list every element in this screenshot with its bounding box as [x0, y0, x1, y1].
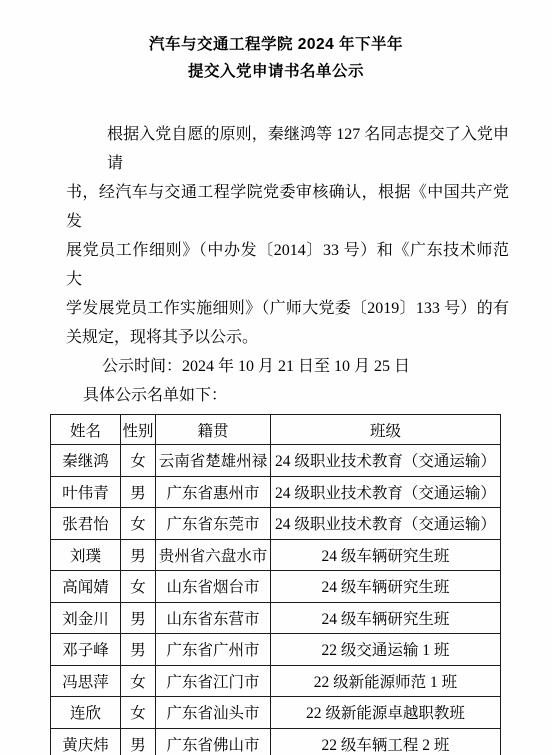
cell-class: 24 级车辆研究生班 [271, 602, 501, 634]
cell-hometown: 广东省广州市 [156, 634, 271, 666]
document-title-line-1: 汽车与交通工程学院 2024 年下半年 [0, 31, 552, 58]
cell-class: 22 级新能源师范 1 班 [271, 665, 501, 697]
cell-gender: 女 [121, 571, 156, 603]
table-row: 刘金川 男 山东省东营市 24 级车辆研究生班 [51, 602, 501, 634]
list-intro-line: 具体公示名单如下： [66, 381, 509, 410]
cell-name: 刘璞 [51, 539, 121, 571]
table-row: 张君怡 女 广东省东莞市 24 级职业技术教育（交通运输） [51, 508, 501, 540]
roster-table: 姓名 性别 籍贯 班级 秦继鸿 女 云南省楚雄州禄 24 级职业技术教育（交通运… [50, 414, 501, 755]
cell-hometown: 广东省东莞市 [156, 508, 271, 540]
cell-gender: 男 [121, 476, 156, 508]
cell-name: 张君怡 [51, 508, 121, 540]
paragraph-line: 书，经汽车与交通工程学院党委审核确认，根据《中国共产党发 [66, 178, 509, 236]
cell-gender: 女 [121, 697, 156, 729]
cell-hometown: 广东省惠州市 [156, 476, 271, 508]
cell-class: 22 级交通运输 1 班 [271, 634, 501, 666]
table-row: 黄庆炜 男 广东省佛山市 22 级车辆工程 2 班 [51, 728, 501, 755]
cell-class: 24 级职业技术教育（交通运输） [271, 445, 501, 477]
cell-class: 24 级车辆研究生班 [271, 539, 501, 571]
document-title: 汽车与交通工程学院 2024 年下半年 提交入党申请书名单公示 [0, 0, 552, 85]
table-row: 连欣 女 广东省汕头市 22 级新能源卓越职教班 [51, 697, 501, 729]
cell-hometown: 山东省东营市 [156, 602, 271, 634]
header-cell-name: 姓名 [51, 415, 121, 445]
notice-document-page: 汽车与交通工程学院 2024 年下半年 提交入党申请书名单公示 根据入党自愿的原… [0, 0, 552, 755]
cell-name: 冯思萍 [51, 665, 121, 697]
document-title-line-2: 提交入党申请书名单公示 [0, 58, 552, 85]
cell-hometown: 广东省汕头市 [156, 697, 271, 729]
paragraph-line: 关规定，现将其予以公示。 [66, 323, 509, 352]
header-cell-hometown: 籍贯 [156, 415, 271, 445]
cell-hometown: 广东省江门市 [156, 665, 271, 697]
paragraph-line: 根据入党自愿的原则，秦继鸿等 127 名同志提交了入党申请 [66, 120, 509, 178]
cell-name: 刘金川 [51, 602, 121, 634]
cell-hometown: 广东省佛山市 [156, 728, 271, 755]
publicity-period-line: 公示时间：2024 年 10 月 21 日至 10 月 25 日 [66, 352, 509, 381]
cell-gender: 女 [121, 508, 156, 540]
paragraph-line: 展党员工作细则》（中办发〔2014〕33 号）和《广东技术师范大 [66, 236, 509, 294]
cell-class: 22 级车辆工程 2 班 [271, 728, 501, 755]
table-row: 冯思萍 女 广东省江门市 22 级新能源师范 1 班 [51, 665, 501, 697]
header-cell-gender: 性别 [121, 415, 156, 445]
cell-gender: 男 [121, 728, 156, 755]
cell-class: 24 级职业技术教育（交通运输） [271, 508, 501, 540]
cell-name: 秦继鸿 [51, 445, 121, 477]
table-row: 邓子峰 男 广东省广州市 22 级交通运输 1 班 [51, 634, 501, 666]
cell-gender: 女 [121, 665, 156, 697]
header-cell-class: 班级 [271, 415, 501, 445]
cell-hometown: 山东省烟台市 [156, 571, 271, 603]
cell-name: 连欣 [51, 697, 121, 729]
cell-name: 叶伟青 [51, 476, 121, 508]
document-body: 根据入党自愿的原则，秦继鸿等 127 名同志提交了入党申请 书，经汽车与交通工程… [66, 120, 509, 410]
cell-gender: 男 [121, 602, 156, 634]
table-row: 秦继鸿 女 云南省楚雄州禄 24 级职业技术教育（交通运输） [51, 445, 501, 477]
table-header-row: 姓名 性别 籍贯 班级 [51, 415, 501, 445]
cell-name: 黄庆炜 [51, 728, 121, 755]
cell-hometown: 贵州省六盘水市 [156, 539, 271, 571]
cell-class: 22 级新能源卓越职教班 [271, 697, 501, 729]
cell-gender: 女 [121, 445, 156, 477]
table-row: 叶伟青 男 广东省惠州市 24 级职业技术教育（交通运输） [51, 476, 501, 508]
table-row: 刘璞 男 贵州省六盘水市 24 级车辆研究生班 [51, 539, 501, 571]
cell-name: 高闻婧 [51, 571, 121, 603]
cell-gender: 男 [121, 539, 156, 571]
paragraph-line: 学发展党员工作实施细则》（广师大党委〔2019〕133 号）的有 [66, 294, 509, 323]
cell-hometown: 云南省楚雄州禄 [156, 445, 271, 477]
cell-name: 邓子峰 [51, 634, 121, 666]
cell-class: 24 级职业技术教育（交通运输） [271, 476, 501, 508]
table-row: 高闻婧 女 山东省烟台市 24 级车辆研究生班 [51, 571, 501, 603]
cell-class: 24 级车辆研究生班 [271, 571, 501, 603]
cell-gender: 男 [121, 634, 156, 666]
